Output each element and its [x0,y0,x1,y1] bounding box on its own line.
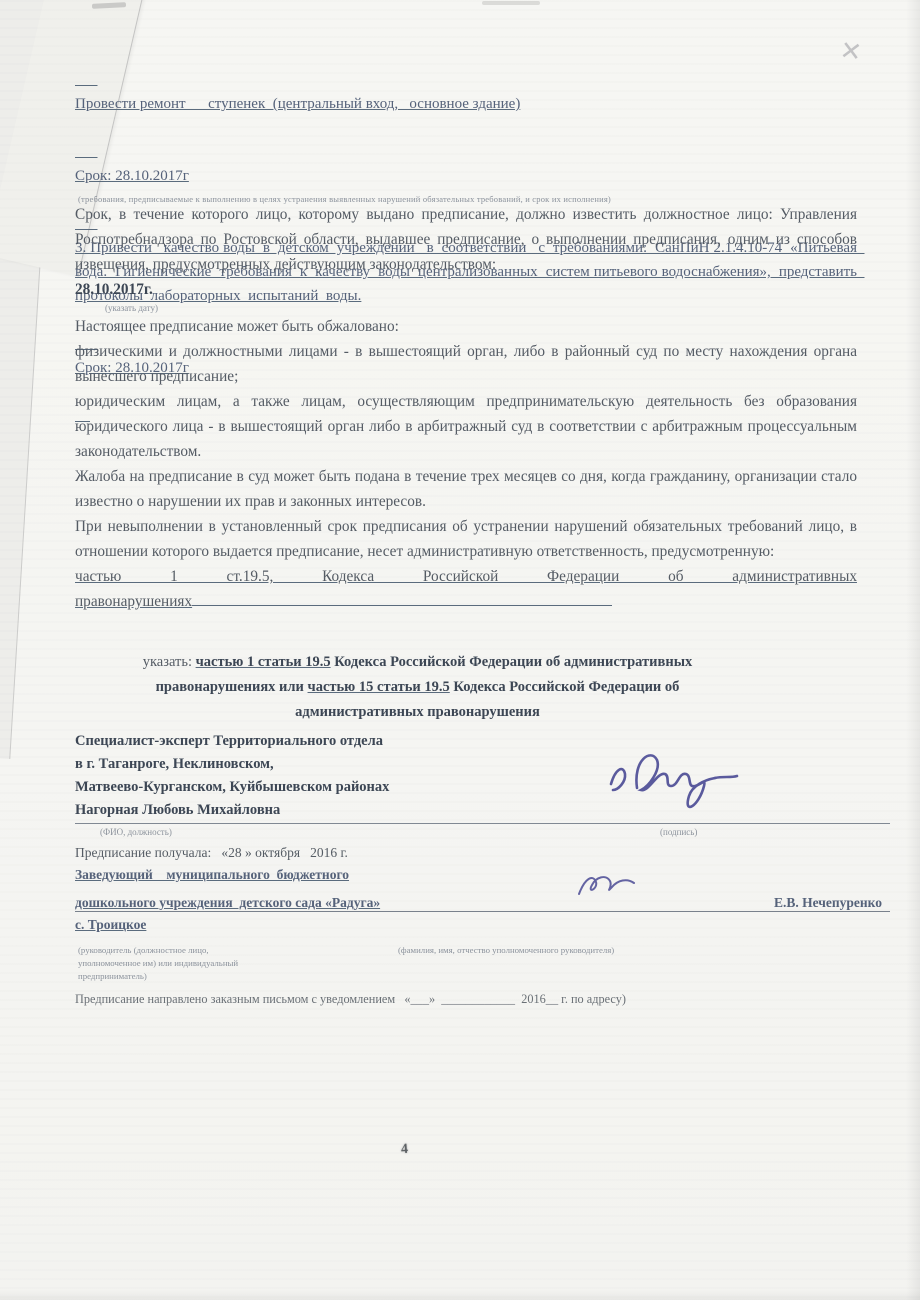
issuer-name: Нагорная Любовь Михайловна [75,802,280,818]
specify-article-1: частью 1 статьи 19.5 [196,654,331,670]
liability-article-word: правонарушениях [75,593,192,610]
order-term-2: Срок: 28.10.2017г [75,164,857,188]
appeal-term: Жалоба на предписание в суд может быть п… [75,464,857,514]
mail-line: Предписание направлено заказным письмом … [75,992,875,1007]
blank-underline [192,591,612,606]
specify-label: указать: [143,654,196,670]
issuer-name-row: Нагорная Любовь Михайловна [75,799,890,824]
order-item-2: Провести ремонт ступенек (центральный вх… [75,92,857,116]
issuer-block: Специалист-эксперт Территориального отде… [75,730,890,840]
appeal-individuals: физическими и должностными лицами - в вы… [75,339,857,389]
date-hint: (указать дату) [105,302,857,314]
issuer-sign-hint: (подпись) [660,826,697,838]
liability-article-line2: правонарушениях [75,589,857,614]
recipient-row: дошкольного учреждения детского сада «Ра… [75,886,890,912]
recipient-line2: дошкольного учреждения детского сада «Ра… [75,895,380,911]
recipient-right-hint: (фамилия, имя, отчество уполномоченного … [398,944,818,957]
specify-block: указать: частью 1 статьи 19.5 Кодекса Ро… [95,650,740,725]
issuer-title-line2: в г. Таганроге, Неклиновском, [75,753,890,776]
recipient-signature [575,870,639,902]
recipient-left-hint-2: уполномоченное им) или индивидуальный [78,957,868,970]
liability-article-line1: частью 1 ст.19.5, Кодекса Российской Фед… [75,564,857,589]
recipient-left-hint-3: предприниматель) [78,970,868,983]
issuer-name-hint: (ФИО, должность) [100,826,172,838]
scanned-document-page: ✕ Провести ремонт ступенек (центральный … [0,0,920,1300]
deadline-paragraph: Срок, в течение которого лицо, которому … [75,202,857,277]
recipient-city: с. Троицкое [75,914,890,936]
page-number: 4 [400,1142,408,1158]
receipt-block: Предписание получала: «28 » октября 2016… [75,842,890,936]
deadline-date: 28.10.2017г. [75,277,857,302]
inspector-signature [603,736,753,818]
issuer-title-line1: Специалист-эксперт Территориального отде… [75,730,890,753]
recipient-line1: Заведующий муниципального бюджетного [75,864,890,886]
received-line: Предписание получала: «28 » октября 2016… [75,842,890,864]
document-content: Провести ремонт ступенек (центральный вх… [0,0,920,1300]
appeal-intro: Настоящее предписание может быть обжалов… [75,314,857,339]
issuer-title-line3: Матвеево-Курганском, Куйбышевском района… [75,776,890,799]
liability-paragraph: При невыполнении в установленный срок пр… [75,514,857,564]
issuer-hints-row: (ФИО, должность) (подпись) [75,824,890,840]
appeal-legal: юридическим лицам, а также лицам, осущес… [75,389,857,464]
notice-section: Срок, в течение которого лицо, которому … [75,202,857,614]
fineprint-block: (руководитель (должностное лицо, уполном… [78,944,868,983]
recipient-name: Е.В. Нечепуренко [774,895,882,911]
specify-article-2: частью 15 статьи 19.5 [308,679,450,695]
